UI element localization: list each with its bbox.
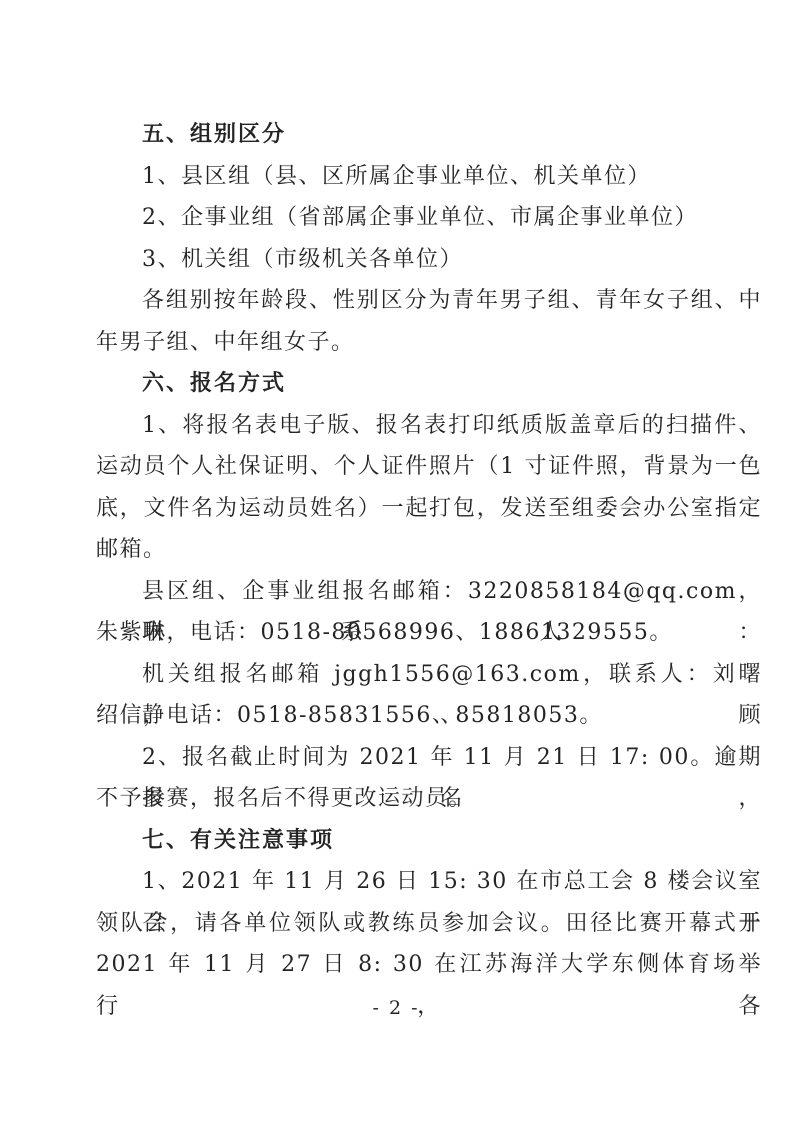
text-line: 2、报名截止时间为 2021 年 11 月 21 日 17: 00。逾期报名，: [96, 737, 762, 779]
section-heading-7: 七、有关注意事项: [96, 820, 762, 862]
text-line: 邮箱。: [96, 529, 762, 571]
document-page: 五、组别区分 1、县区组（县、区所属企事业单位、机关单位） 2、企事业组（省部属…: [0, 0, 792, 1122]
text-line: 2、企事业组（省部属企事业单位、市属企事业单位）: [96, 197, 762, 239]
text-line: 2021 年 11 月 27 日 8: 30 在江苏海洋大学东侧体育场举行，各: [96, 944, 762, 986]
text-line: 1、将报名表电子版、报名表打印纸质版盖章后的扫描件、: [96, 405, 762, 447]
section-heading-6: 六、报名方式: [96, 363, 762, 405]
text-line: 运动员个人社保证明、个人证件照片（1 寸证件照，背景为一色: [96, 446, 762, 488]
text-line-phone-county: 朱紫琳，电话：0518-80568996、18861329555。: [96, 612, 762, 654]
text-line: 各组别按年龄段、性别区分为青年男子组、青年女子组、中: [96, 280, 762, 322]
text-line: 1、2021 年 11 月 26 日 15: 30 在市总工会 8 楼会议室召开: [96, 861, 762, 903]
text-line: 领队会，请各单位领队或教练员参加会议。田径比赛开幕式于: [96, 903, 762, 945]
text-line: 3、机关组（市级机关各单位）: [96, 239, 762, 281]
text-line: 底，文件名为运动员姓名）一起打包，发送至组委会办公室指定: [96, 488, 762, 530]
text-line: 年男子组、中年组女子。: [96, 322, 762, 364]
section-heading-5: 五、组别区分: [96, 114, 762, 156]
text-line: 1、县区组（县、区所属企事业单位、机关单位）: [96, 156, 762, 198]
page-number: - 2 -: [0, 996, 792, 1020]
text-line-email-county: 县区组、企事业组报名邮箱：3220858184@qq.com，联系人：: [96, 571, 762, 613]
text-line-email-agency: 机关组报名邮箱 jggh1556@163.com，联系人：刘曙静、顾: [96, 654, 762, 696]
document-body: 五、组别区分 1、县区组（县、区所属企事业单位、机关单位） 2、企事业组（省部属…: [96, 114, 762, 986]
